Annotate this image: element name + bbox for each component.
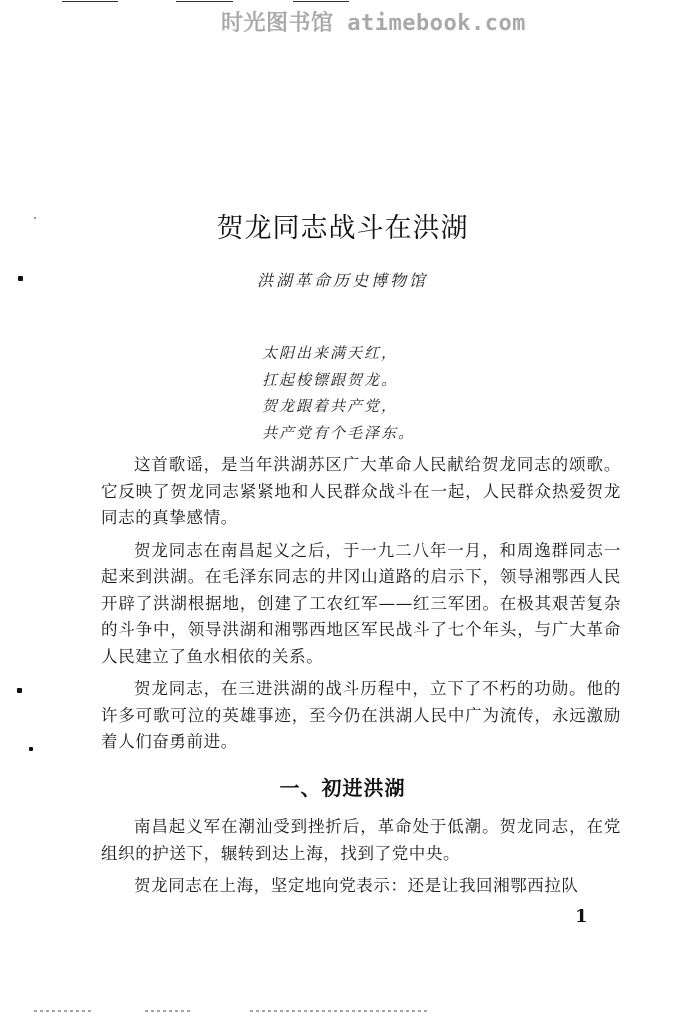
scan-rule — [293, 1, 349, 2]
paragraph: 南昌起义军在潮汕受到挫折后，革命处于低潮。贺龙同志，在党组织的护送下，辗转到达上… — [101, 814, 621, 867]
poem-line: 太阳出来满天红， — [262, 340, 415, 367]
scan-speck — [17, 688, 22, 693]
scan-noise — [34, 1010, 94, 1012]
article-author: 洪湖革命历史博物馆 — [0, 268, 685, 291]
article-title: 贺龙同志战斗在洪湖 — [0, 206, 685, 245]
intro-body: 这首歌谣，是当年洪湖苏区广大革命人民献给贺龙同志的颂歌。它反映了贺龙同志紧紧地和… — [101, 452, 621, 756]
scan-noise — [250, 1010, 430, 1012]
scan-speck — [34, 217, 36, 219]
paragraph: 贺龙同志，在三进洪湖的战斗历程中，立下了不朽的功勋。他的许多可歌可泣的英雄事迹，… — [101, 676, 621, 756]
poem-line: 扛起梭镖跟贺龙。 — [262, 367, 415, 394]
poem: 太阳出来满天红， 扛起梭镖跟贺龙。 贺龙跟着共产党， 共产党有个毛泽东。 — [262, 340, 415, 446]
paragraph: 贺龙同志在上海，坚定地向党表示：还是让我回湘鄂西拉队 — [101, 873, 621, 900]
section-body: 南昌起义军在潮汕受到挫折后，革命处于低潮。贺龙同志，在党组织的护送下，辗转到达上… — [101, 814, 621, 900]
section-heading: 一、初进洪湖 — [0, 772, 685, 801]
scan-rule — [176, 1, 233, 2]
poem-line: 共产党有个毛泽东。 — [262, 420, 415, 447]
scan-rule — [62, 1, 118, 2]
scan-noise — [145, 1010, 190, 1012]
scan-speck — [29, 747, 33, 751]
watermark: 时光图书馆 atimebook.com — [221, 6, 526, 37]
scan-speck — [18, 276, 23, 281]
paragraph: 这首歌谣，是当年洪湖苏区广大革命人民献给贺龙同志的颂歌。它反映了贺龙同志紧紧地和… — [101, 452, 621, 532]
paragraph: 贺龙同志在南昌起义之后，于一九二八年一月，和周逸群同志一起来到洪湖。在毛泽东同志… — [101, 538, 621, 671]
page-number: 1 — [575, 906, 588, 927]
poem-line: 贺龙跟着共产党， — [262, 393, 415, 420]
